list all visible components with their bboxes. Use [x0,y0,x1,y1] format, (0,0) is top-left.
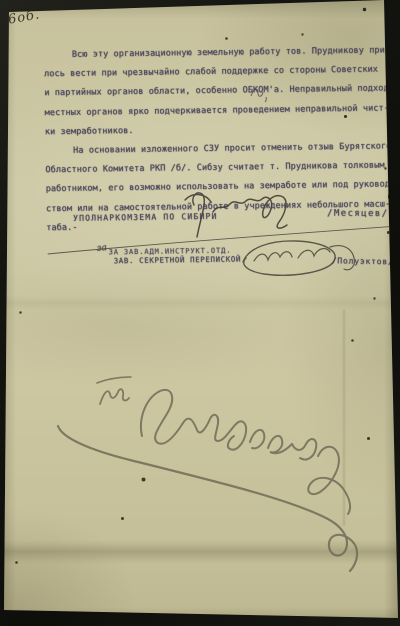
paper-sheet: 6об. Всю эту организационную земельную р… [0,0,400,626]
scanned-document-page: 6об. Всю эту организационную земельную р… [0,0,400,626]
ink-signature-poluektov [48,226,398,275]
inline-annotation-mark [251,89,266,102]
handwriting-layer [0,0,400,626]
pencil-signature-prudnikov [58,377,357,571]
paper-specks [0,0,1,1]
ink-signature-mesyatsev [185,193,287,237]
